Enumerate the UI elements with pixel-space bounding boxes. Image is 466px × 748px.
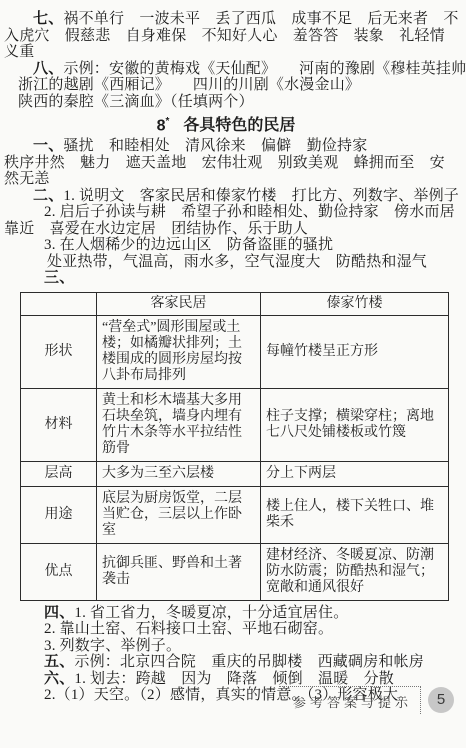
line-text: 处亚热带，气温高，雨水多，空气湿度大 防酷热和湿气 [47, 254, 427, 270]
lesson-title-text: 各具特色的民居 [183, 117, 295, 134]
line-text: 浙江的越剧《西厢记》 四川的川剧《水漫金山》 [18, 77, 360, 93]
line-text: 示例：北京四合院 重庆的吊脚楼 西藏碉房和帐房 [74, 654, 424, 670]
answers-section-7-8: 七、祸不单行 一波未平 丢了西瓜 成事不足 后无来者 不入虎穴 假慈悲 自身难保… [4, 11, 448, 110]
section-marker: 八、 [33, 60, 63, 77]
page-number-badge: 5 [428, 687, 454, 713]
line-text: 陕西的秦腔《三滴血》（任填两个） [18, 94, 254, 110]
text-line: 陕西的秦腔《三滴血》（任填两个） [4, 94, 448, 111]
section-marker: 二、 [33, 187, 63, 204]
text-line: 2. 启后子孙读与耕 希望子孙和睦相处、勤俭持家 傍水而居 [4, 204, 448, 221]
text-line: 浙江的越剧《西厢记》 四川的川剧《水漫金山》 [4, 77, 448, 94]
table-head: 客家民居傣家竹楼 [21, 292, 449, 315]
line-text: 1. 说明文 客家民居和傣家竹楼 打比方、列数字、举例子 [63, 188, 459, 204]
table-row: 形状“营垒式”圆形围屋或土楼；如橘瓣状排列；土楼围成的圆形房屋均按八卦布局排列每… [21, 315, 449, 388]
line-text: 1. 省工省力，冬暖夏凉，十分适宜居住。 [74, 605, 348, 621]
text-line: 入虎穴 假慈悲 自身难保 不知好人心 羞答答 装象 礼轻情 [4, 28, 448, 45]
footer-label: 参考答案与提示 [279, 686, 421, 714]
section-marker: 五、 [44, 653, 74, 670]
text-line: 五、示例：北京四合院 重庆的吊脚楼 西藏碉房和帐房 [4, 654, 448, 671]
table-row: 材料黄土和杉木墙基大多用石块垒筑，墙身内埋有竹片木条等水平拉结性筋骨柱子支撑；横… [21, 388, 449, 461]
line-text: 入虎穴 假慈悲 自身难保 不知好人心 羞答答 装象 礼轻情 [4, 28, 445, 44]
cell-dai: 楼上住人，楼下关牲口、堆柴禾 [261, 486, 449, 543]
lesson-title: 8*各具特色的民居 [4, 112, 448, 136]
line-text: 3. 在人烟稀少的边远山区 防备盗匪的骚扰 [44, 237, 333, 253]
line-text: 祸不单行 一波未平 丢了西瓜 成事不足 后无来者 不 [63, 11, 458, 27]
cell-kejia: 抗御兵匪、野兽和土著袭击 [97, 543, 261, 600]
row-label: 形状 [21, 315, 97, 388]
section-marker: 一、 [33, 137, 63, 154]
text-line: 靠近 喜爱在水边定居 团结协作、乐于助人 [4, 221, 448, 238]
line-text: 3. 列数字、举例子。 [44, 638, 181, 654]
text-line: 二、1. 说明文 客家民居和傣家竹楼 打比方、列数字、举例子 [4, 188, 448, 205]
table-header-dai: 傣家竹楼 [261, 292, 449, 315]
text-line: 八、示例：安徽的黄梅戏《天仙配》 河南的豫剧《穆桂英挂帅》 [4, 61, 448, 78]
table-row: 优点抗御兵匪、野兽和土著袭击建材经济、冬暖夏凉、防潮防水防震；防酷热和湿气；宽敞… [21, 543, 449, 600]
table-header-row: 客家民居傣家竹楼 [21, 292, 449, 315]
section-marker: 六、 [44, 670, 74, 687]
section-marker: 七、 [33, 10, 63, 27]
text-line: 六、1. 划去：跨越 因为 降落 倾倒 温暖 分散 [4, 671, 448, 688]
answers-section-1-2-3: 一、骚扰 和睦相处 清风徐来 偏僻 勤俭持家秩序井然 魅力 遮天盖地 宏伟壮观 … [4, 138, 448, 287]
dwelling-comparison-table: 客家民居傣家竹楼 形状“营垒式”圆形围屋或土楼；如橘瓣状排列；土楼围成的圆形房屋… [20, 292, 449, 601]
text-line: 一、骚扰 和睦相处 清风徐来 偏僻 勤俭持家 [4, 138, 448, 155]
line-text: 示例：安徽的黄梅戏《天仙配》 河南的豫剧《穆桂英挂帅》 [63, 61, 466, 77]
cell-kejia: 大多为三至六层楼 [97, 461, 261, 486]
line-text: 2. 靠山土窑、石料接口土窑、平地石砌窑。 [44, 621, 333, 637]
cell-kejia: “营垒式”圆形围屋或土楼；如橘瓣状排列；土楼围成的圆形房屋均按八卦布局排列 [97, 315, 261, 388]
lesson-star-mark: * [165, 116, 169, 127]
table-row: 用途底层为厨房饭堂，二层当贮仓，三层以上作卧室楼上住人，楼下关牲口、堆柴禾 [21, 486, 449, 543]
text-line: 3. 列数字、举例子。 [4, 638, 448, 655]
line-text: 2. 启后子孙读与耕 希望子孙和睦相处、勤俭持家 傍水而居 [44, 204, 455, 220]
section-marker: 四、 [44, 604, 74, 621]
text-line: 处亚热带，气温高，雨水多，空气湿度大 防酷热和湿气 [4, 254, 448, 271]
text-line: 2. 靠山土窑、石料接口土窑、平地石砌窑。 [4, 621, 448, 638]
row-label: 材料 [21, 388, 97, 461]
table-header-empty [21, 292, 97, 315]
cell-dai: 柱子支撑；横梁穿柱；离地七八尺处铺楼板或竹篾 [261, 388, 449, 461]
cell-kejia: 黄土和杉木墙基大多用石块垒筑，墙身内埋有竹片木条等水平拉结性筋骨 [97, 388, 261, 461]
text-line: 然无恙 [4, 171, 448, 188]
cell-dai: 分上下两层 [261, 461, 449, 486]
row-label: 层高 [21, 461, 97, 486]
page-content: 七、祸不单行 一波未平 丢了西瓜 成事不足 后无来者 不入虎穴 假慈悲 自身难保… [0, 0, 466, 704]
line-text: 靠近 喜爱在水边定居 团结协作、乐于助人 [4, 221, 308, 237]
cell-dai: 建材经济、冬暖夏凉、防潮防水防震；防酷热和湿气；宽敞和通风很好 [261, 543, 449, 600]
scanned-answer-page: { "colors": { "background": "#fafaf8", "… [0, 0, 466, 748]
text-line: 三、 [4, 270, 448, 287]
line-text: 1. 划去：跨越 因为 降落 倾倒 温暖 分散 [74, 671, 394, 687]
line-text: 骚扰 和睦相处 清风徐来 偏僻 勤俭持家 [63, 138, 367, 154]
text-line: 四、1. 省工省力，冬暖夏凉，十分适宜居住。 [4, 605, 448, 622]
row-label: 优点 [21, 543, 97, 600]
cell-dai: 每幢竹楼呈正方形 [261, 315, 449, 388]
text-line: 3. 在人烟稀少的边远山区 防备盗匪的骚扰 [4, 237, 448, 254]
section-marker: 三、 [44, 269, 74, 286]
text-line: 秩序井然 魅力 遮天盖地 宏伟壮观 别致美观 蜂拥而至 安 [4, 155, 448, 172]
row-label: 用途 [21, 486, 97, 543]
cell-kejia: 底层为厨房饭堂，二层当贮仓，三层以上作卧室 [97, 486, 261, 543]
table-row: 层高大多为三至六层楼分上下两层 [21, 461, 449, 486]
page-footer: 参考答案与提示 5 [279, 686, 454, 714]
text-line: 义重 [4, 44, 448, 61]
table-body: 形状“营垒式”圆形围屋或土楼；如橘瓣状排列；土楼围成的圆形房屋均按八卦布局排列每… [21, 315, 449, 600]
line-text: 秩序井然 魅力 遮天盖地 宏伟壮观 别致美观 蜂拥而至 安 [4, 155, 445, 171]
line-text: 然无恙 [4, 171, 50, 187]
table-header-kejia: 客家民居 [97, 292, 261, 315]
text-line: 七、祸不单行 一波未平 丢了西瓜 成事不足 后无来者 不 [4, 11, 448, 28]
line-text: 义重 [4, 44, 34, 60]
